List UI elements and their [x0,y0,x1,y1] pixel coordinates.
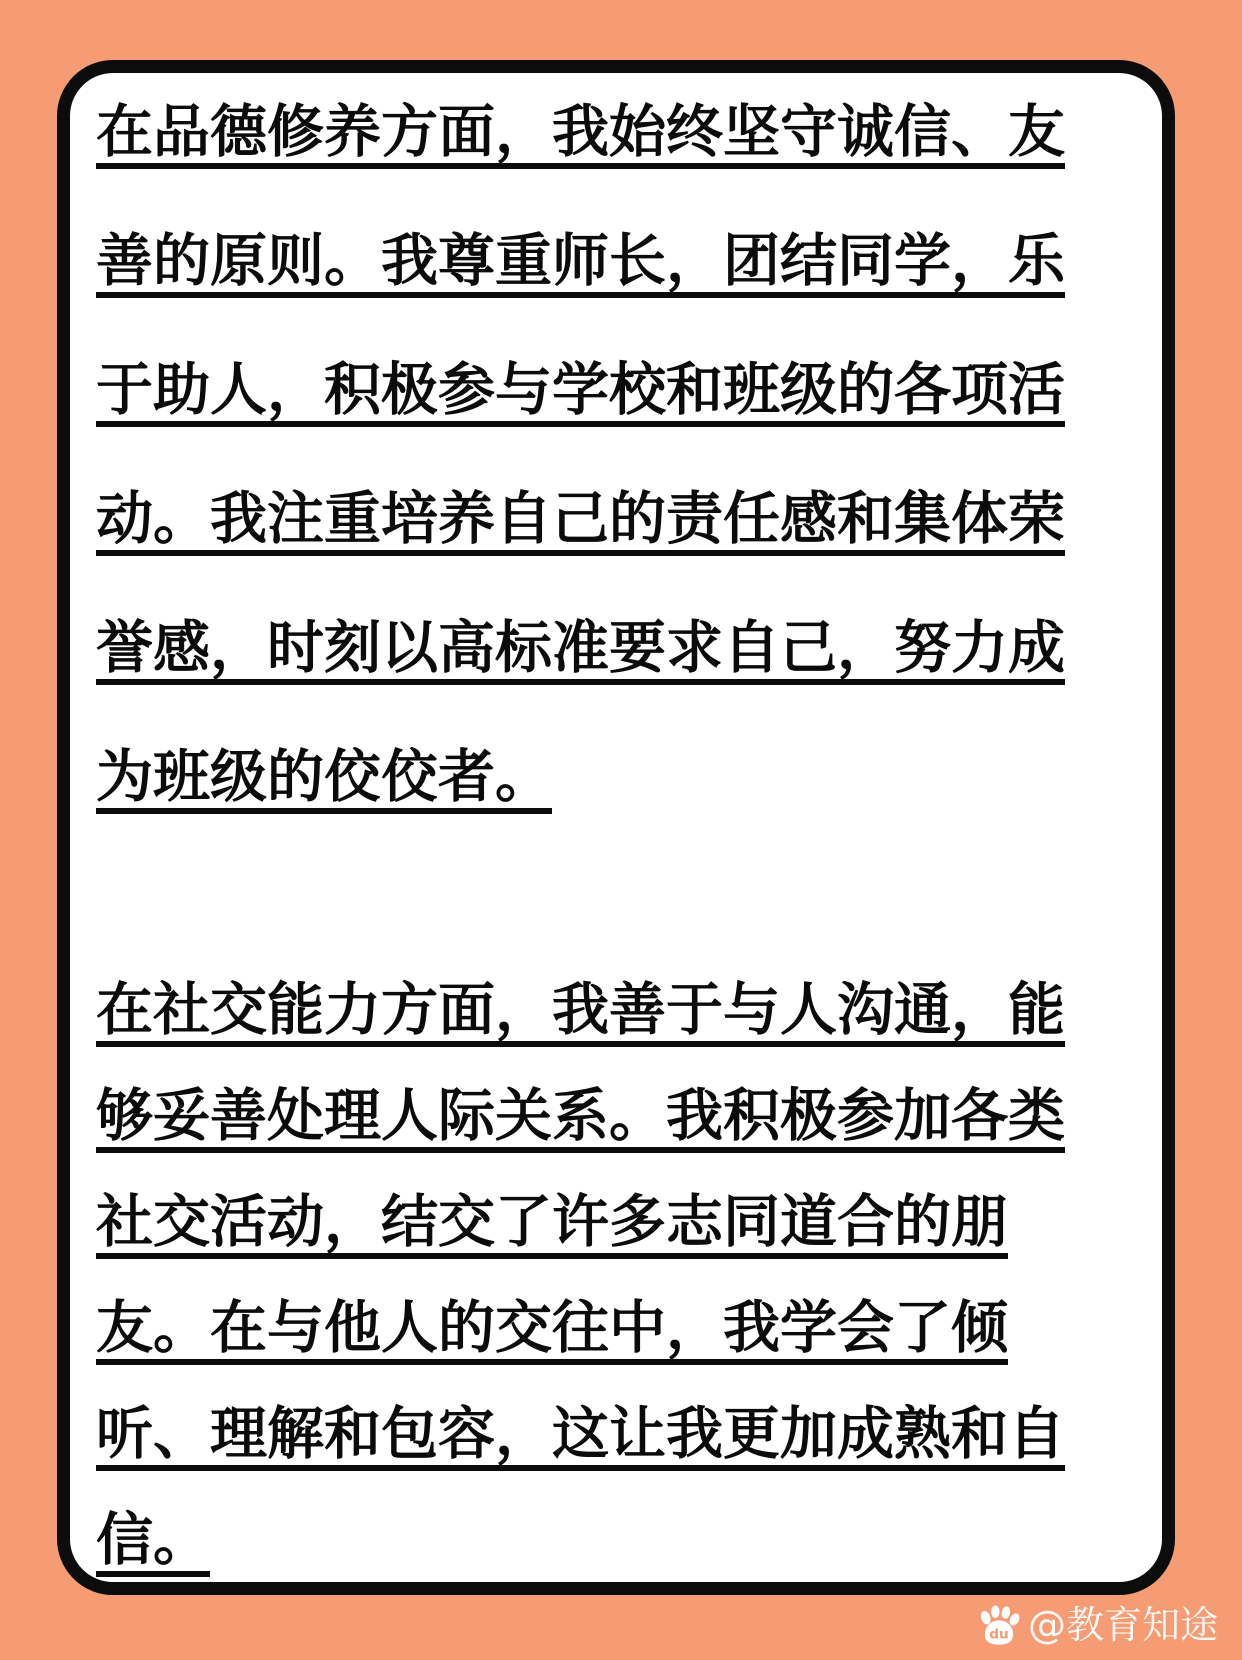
text-line-content: 于助人，积极参与学校和班级的各项活 [96,361,1065,427]
text-line-content: 誉感，时刻以高标准要求自己，努力成 [96,619,1065,685]
paragraph-morality: 在品德修养方面，我始终坚守诚信、友 善的原则。我尊重师长，团结同学，乐 于助人，… [96,103,1136,877]
text-line-content: 善的原则。我尊重师长，团结同学，乐 [96,232,1065,298]
text-line: 社交活动，结交了许多志同道合的朋 [96,1193,1136,1299]
text-line-content: 信。 [96,1511,210,1577]
baidu-paw-icon: du [977,1604,1021,1646]
text-line-content: 在品德修养方面，我始终坚守诚信、友 [96,103,1065,169]
text-line-content: 动。我注重培养自己的责任感和集体荣 [96,490,1065,556]
text-line-content: 社交活动，结交了许多志同道合的朋 [96,1193,1008,1259]
text-line: 信。 [96,1511,1136,1595]
svg-text:du: du [989,1627,1009,1643]
text-line: 友。在与他人的交往中，我学会了倾 [96,1299,1136,1405]
content-card: 在品德修养方面，我始终坚守诚信、友 善的原则。我尊重师长，团结同学，乐 于助人，… [57,60,1175,1595]
text-line-content: 友。在与他人的交往中，我学会了倾 [96,1299,1008,1365]
text-line: 动。我注重培养自己的责任感和集体荣 [96,490,1136,619]
text-line-content: 够妥善处理人际关系。我积极参加各类 [96,1087,1065,1153]
text-line-content: 听、理解和包容，这让我更加成熟和自 [96,1405,1065,1471]
text-line: 誉感，时刻以高标准要求自己，努力成 [96,619,1136,748]
text-line: 在品德修养方面，我始终坚守诚信、友 [96,103,1136,232]
watermark-handle: @教育知途 [1028,1606,1218,1644]
text-line: 善的原则。我尊重师长，团结同学，乐 [96,232,1136,361]
text-line: 在社交能力方面，我善于与人沟通，能 [96,981,1136,1087]
text-line-content: 为班级的佼佼者。 [96,748,552,814]
page-background: 在品德修养方面，我始终坚守诚信、友 善的原则。我尊重师长，团结同学，乐 于助人，… [0,0,1242,1660]
watermark: du @教育知途 [977,1604,1218,1646]
text-line: 于助人，积极参与学校和班级的各项活 [96,361,1136,490]
text-line-content: 在社交能力方面，我善于与人沟通，能 [96,981,1065,1047]
paragraph-social: 在社交能力方面，我善于与人沟通，能 够妥善处理人际关系。我积极参加各类 社交活动… [96,981,1136,1595]
text-line: 听、理解和包容，这让我更加成熟和自 [96,1405,1136,1511]
text-line: 为班级的佼佼者。 [96,748,1136,877]
text-line: 够妥善处理人际关系。我积极参加各类 [96,1087,1136,1193]
